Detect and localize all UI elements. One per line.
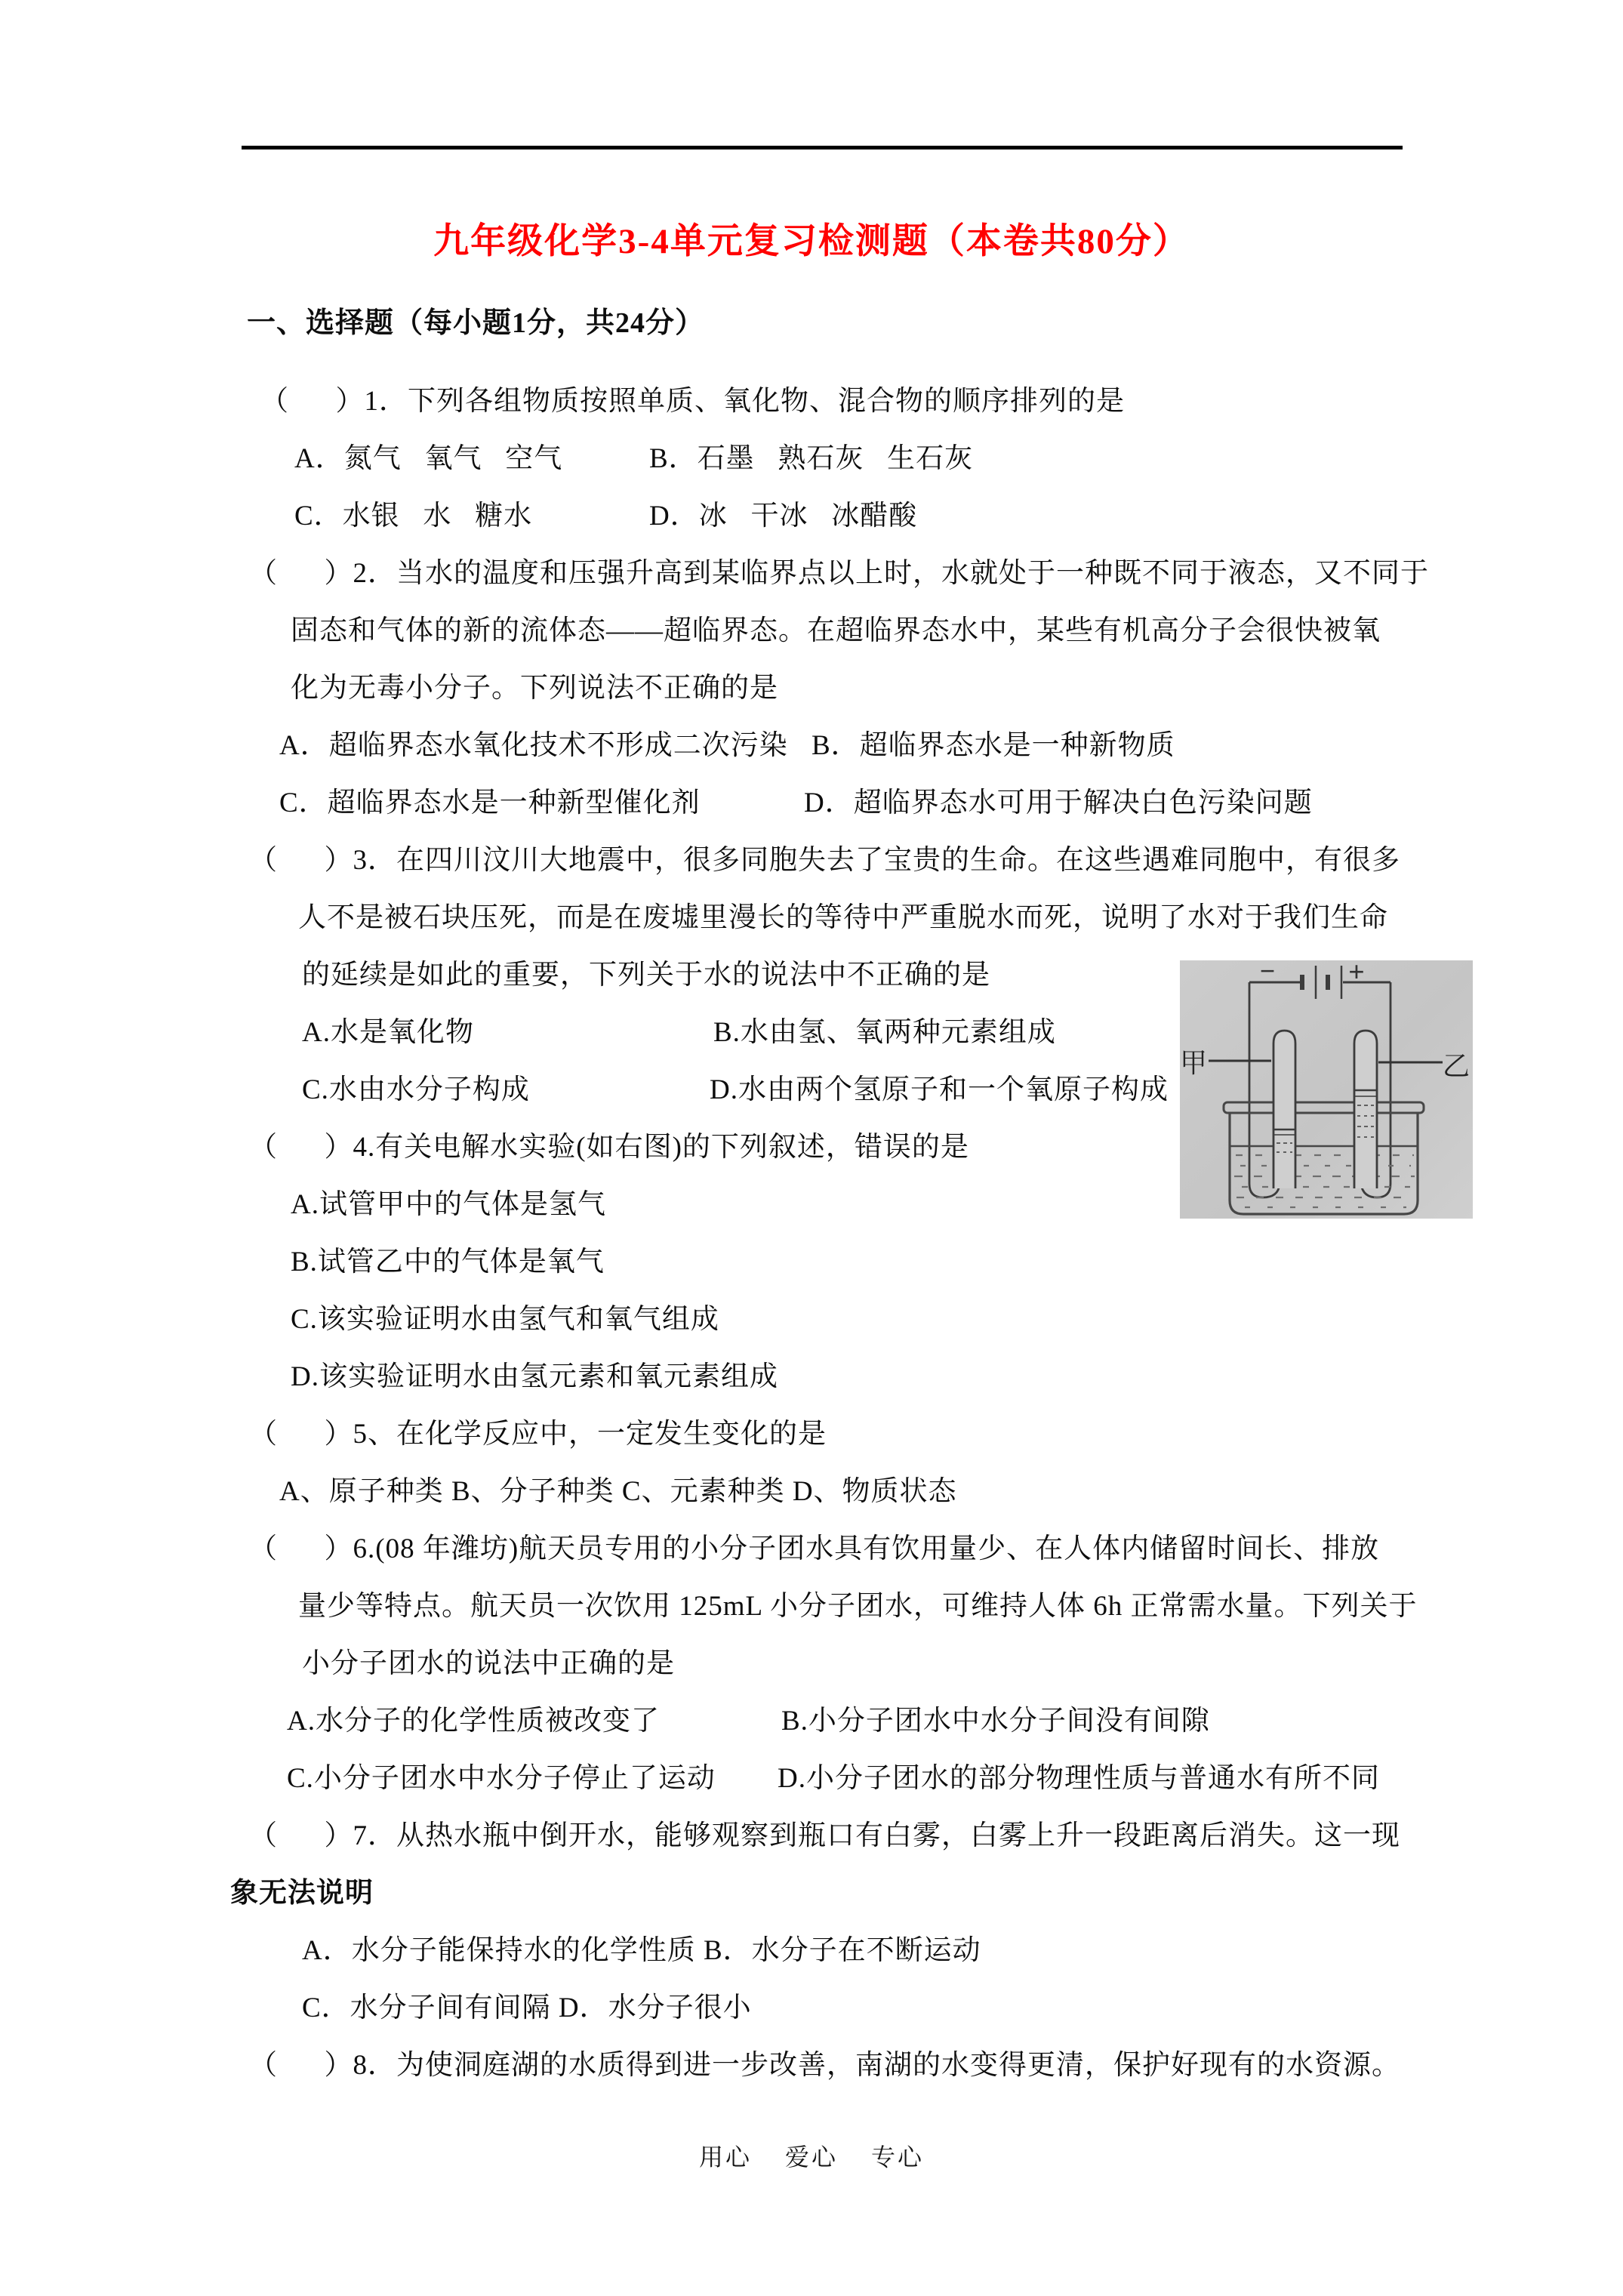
- q3-option-a: A.水是氧化物: [302, 1015, 474, 1050]
- footer: 用心 爱心 专心: [0, 2138, 1623, 2173]
- q6-option-c: C.小分子团水中水分子停止了运动: [287, 1761, 716, 1796]
- q7-options-cd: C．水分子间有间隔 D．水分子很小: [302, 1991, 752, 2026]
- page-title: 九年级化学3-4单元复习检测题（本卷共80分）: [0, 213, 1623, 264]
- q4-option-c: C.该实验证明水由氢气和氧气组成: [291, 1302, 719, 1337]
- q6-options-row-2: C.小分子团水中水分子停止了运动 D.小分子团水的部分物理性质与普通水有所不同: [0, 1761, 1623, 1796]
- tube-label-yi: 乙: [1443, 1051, 1470, 1081]
- section-heading: 一、选择题（每小题1分，共24分）: [247, 306, 704, 341]
- q8-stem: （ ）8．为使洞庭湖的水质得到进一步改善，南湖的水变得更清，保护好现有的水资源。: [249, 2048, 1400, 2083]
- q6-option-d: D.小分子团水的部分物理性质与普通水有所不同: [778, 1761, 1380, 1796]
- q2-option-a: A．超临界态水氧化技术不形成二次污染: [279, 729, 788, 763]
- q2-option-d: D．超临界态水可用于解决白色污染问题: [804, 786, 1313, 821]
- q1-option-c: C．水银 水 糖水: [294, 499, 532, 534]
- q1-options-row-1: A．氮气 氧气 空气 B．石墨 熟石灰 生石灰: [0, 442, 1623, 476]
- q6-stem-1: （ ）6.(08 年潍坊)航天员专用的小分子团水具有饮用量少、在人体内储留时间长…: [249, 1532, 1379, 1567]
- q4-option-b: B.试管乙中的气体是氧气: [291, 1245, 605, 1280]
- q4-option-d: D.该实验证明水由氢元素和氧元素组成: [291, 1360, 778, 1395]
- top-rule: [242, 146, 1403, 149]
- q7-stem-1: （ ）7．从热水瓶中倒开水，能够观察到瓶口有白雾，白雾上升一段距离后消失。这一现: [249, 1819, 1400, 1854]
- q3-option-c: C.水由水分子构成: [302, 1073, 530, 1108]
- q6-stem-3: 小分子团水的说法中正确的是: [302, 1647, 675, 1681]
- q6-option-a: A.水分子的化学性质被改变了: [287, 1704, 660, 1739]
- test-tube-left: [1273, 1031, 1295, 1188]
- q3-stem-2: 人不是被石块压死，而是在废墟里漫长的等待中严重脱水而死，说明了水对于我们生命: [298, 901, 1388, 935]
- q2-option-b: B．超临界态水是一种新物质: [811, 729, 1175, 763]
- q1-option-b: B．石墨 熟石灰 生石灰: [649, 442, 973, 476]
- q2-options-row-2: C．超临界态水是一种新型催化剂 D．超临界态水可用于解决白色污染问题: [0, 786, 1623, 821]
- q3-option-b: B.水由氢、氧两种元素组成: [713, 1015, 1056, 1050]
- tube-label-jia: 甲: [1180, 1048, 1207, 1078]
- test-tube-right: [1354, 1031, 1377, 1188]
- q3-option-d: D.水由两个氢原子和一个氧原子构成: [710, 1073, 1169, 1108]
- q2-options-row-1: A．超临界态水氧化技术不形成二次污染 B．超临界态水是一种新物质: [0, 729, 1623, 763]
- q6-stem-2: 量少等特点。航天员一次饮用 125mL 小分子团水，可维持人体 6h 正常需水量…: [298, 1589, 1418, 1624]
- q1-stem: （ ）1．下列各组物质按照单质、氧化物、混合物的顺序排列的是: [260, 384, 1125, 419]
- q2-stem-3: 化为无毒小分子。下列说法不正确的是: [291, 671, 778, 706]
- q4-option-a: A.试管甲中的气体是氢气: [291, 1188, 606, 1222]
- q7-options-ab: A．水分子能保持水的化学性质 B．水分子在不断运动: [302, 1934, 981, 1968]
- q6-option-b: B.小分子团水中水分子间没有间隙: [781, 1704, 1210, 1739]
- battery-plus-sign: +: [1348, 960, 1365, 988]
- q1-option-a: A．氮气 氧气 空气: [294, 442, 562, 476]
- q1-option-d: D．冰 干冰 冰醋酸: [649, 499, 917, 534]
- q7-stem-2: 象无法说明: [230, 1876, 374, 1911]
- q2-option-c: C．超临界态水是一种新型催化剂: [279, 786, 701, 821]
- battery-minus-sign: −: [1260, 960, 1276, 986]
- electrolysis-diagram: − +: [1180, 960, 1473, 1219]
- q5-options: A、原子种类 B、分子种类 C、元素种类 D、物质状态: [279, 1475, 957, 1509]
- water-texture: [1234, 1155, 1415, 1207]
- q1-options-row-2: C．水银 水 糖水 D．冰 干冰 冰醋酸: [0, 499, 1623, 534]
- q3-stem-3: 的延续是如此的重要，下列关于水的说法中不正确的是: [302, 958, 990, 993]
- q5-stem: （ ）5、在化学反应中，一定发生变化的是: [249, 1417, 827, 1452]
- q3-stem-1: （ ）3．在四川汶川大地震中，很多同胞失去了宝贵的生命。在这些遇难同胞中，有很多: [249, 843, 1400, 878]
- q4-stem: （ ）4.有关电解水实验(如右图)的下列叙述，错误的是: [249, 1130, 969, 1165]
- exam-page: 九年级化学3-4单元复习检测题（本卷共80分） 一、选择题（每小题1分，共24分…: [0, 0, 1623, 2296]
- q2-stem-2: 固态和气体的新的流体态——超临界态。在超临界态水中，某些有机高分子会很快被氧: [291, 614, 1381, 649]
- q2-stem-1: （ ）2．当水的温度和压强升高到某临界点以上时，水就处于一种既不同于液态，又不同…: [249, 556, 1429, 591]
- q6-options-row-1: A.水分子的化学性质被改变了 B.小分子团水中水分子间没有间隙: [0, 1704, 1623, 1739]
